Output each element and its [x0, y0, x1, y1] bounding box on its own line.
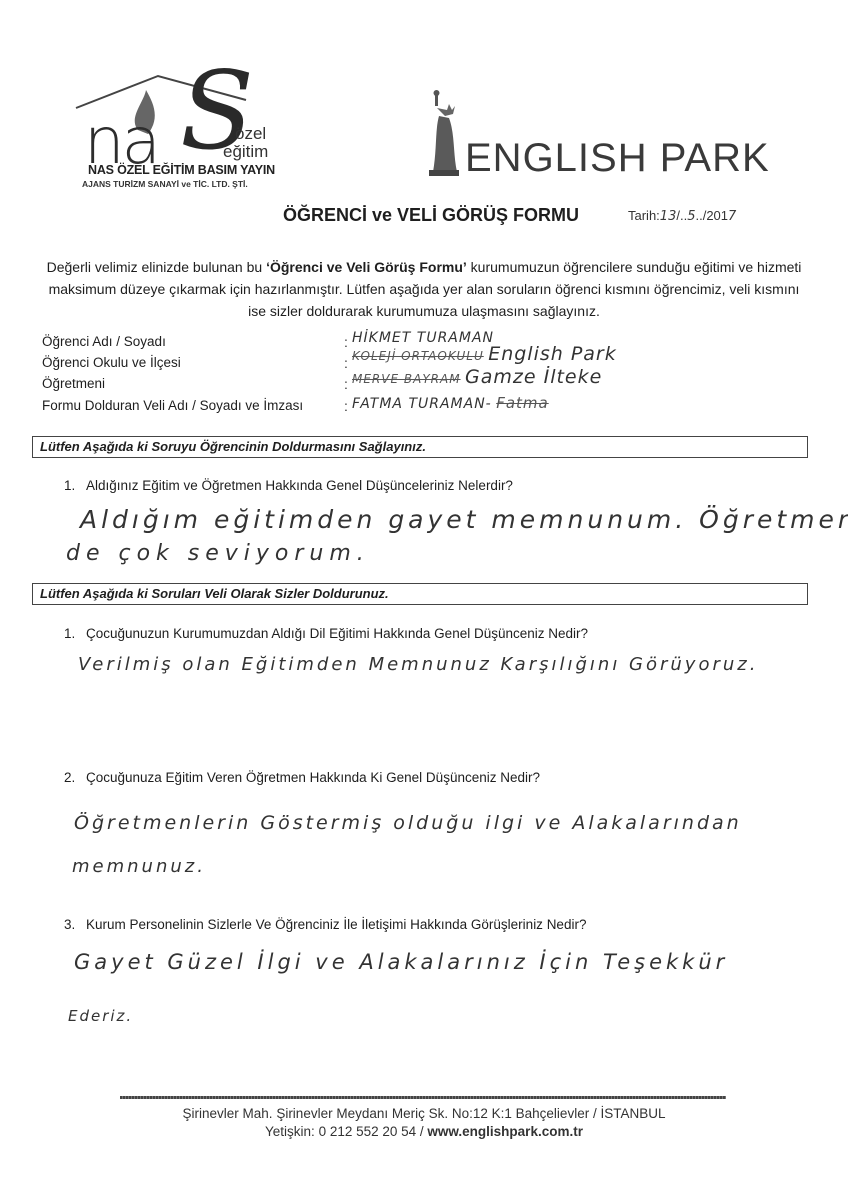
field-label-parent: Formu Dolduran Veli Adı / Soyadı ve İmza…	[42, 398, 303, 413]
student-answer-1-line-2[interactable]: de çok seviyorum.	[66, 541, 370, 566]
english-park-wordmark: ENGLISH PARK	[465, 136, 770, 181]
field-colon: :	[344, 355, 348, 371]
question-number: 2.	[64, 770, 86, 785]
student-answer-1-line-1[interactable]: Aldığım eğitimden gayet memnunum. Öğretm…	[80, 505, 848, 534]
nas-egitim: eğitim	[223, 142, 268, 162]
date-field: Tarih:13/..5../2017	[628, 208, 736, 224]
question-text: Çocuğunuza Eğitim Veren Öğretmen Hakkınd…	[86, 770, 540, 785]
parent-answer-2-line-1[interactable]: Öğretmenlerin Göstermiş olduğu ilgi ve A…	[74, 812, 742, 834]
field-colon: :	[344, 334, 348, 350]
field-colon: :	[344, 398, 348, 414]
parent-field[interactable]: FATMA TURAMAN- Fatma	[352, 394, 549, 413]
question-number: 1.	[64, 478, 86, 493]
parent-answer-1[interactable]: Verilmiş olan Eğitimden Memnunuz Karşılı…	[78, 654, 758, 675]
nas-company-subtitle: AJANS TURİZM SANAYİ ve TİC. LTD. ŞTİ.	[82, 179, 248, 189]
student-question-1: 1.Aldığınız Eğitim ve Öğretmen Hakkında …	[64, 478, 513, 493]
parent-signature: Fatma	[496, 394, 549, 412]
intro-form-name: ‘Öğrenci ve Veli Görüş Formu’	[266, 259, 467, 275]
footer-website-link[interactable]: www.englishpark.com.tr	[427, 1124, 583, 1139]
footer-address: Şirinevler Mah. Şirinevler Meydanı Meriç…	[0, 1106, 848, 1121]
school-field[interactable]: KOLEJİ ORTAOKULU English Park	[352, 343, 617, 365]
intro-text-1: Değerli velimiz elinizde bulunan bu	[47, 259, 266, 275]
question-text: Çocuğunuzun Kurumumuzdan Aldığı Dil Eğit…	[86, 626, 588, 641]
student-section-heading: Lütfen Aşağıda ki Soruyu Öğrencinin Dold…	[32, 436, 808, 458]
footer-divider	[120, 1096, 726, 1099]
field-label-teacher: Öğretmeni	[42, 376, 105, 391]
footer-phone: Yetişkin: 0 212 552 20 54 /	[265, 1124, 427, 1139]
school-value: English Park	[488, 343, 617, 365]
teacher-struck-value: MERVE BAYRAM	[352, 372, 461, 386]
field-label-school: Öğrenci Okulu ve İlçesi	[42, 355, 181, 370]
footer-contact: Yetişkin: 0 212 552 20 54 / www.englishp…	[0, 1124, 848, 1139]
school-struck-value: KOLEJİ ORTAOKULU	[352, 349, 484, 363]
teacher-value: Gamze İlteke	[465, 366, 602, 388]
date-year-prefix: /201	[703, 208, 728, 223]
student-section-heading-text: Lütfen Aşağıda ki Soruyu Öğrencinin Dold…	[40, 439, 426, 454]
date-sep: /..	[676, 208, 687, 223]
parent-question-2: 2.Çocuğunuza Eğitim Veren Öğretmen Hakkı…	[64, 770, 540, 785]
parent-value: FATMA TURAMAN-	[352, 396, 492, 412]
form-title: ÖĞRENCİ ve VELİ GÖRÜŞ FORMU	[283, 205, 579, 226]
english-park-logo: ENGLISH PARK	[425, 90, 765, 180]
field-label-student-name: Öğrenci Adı / Soyadı	[42, 334, 166, 349]
date-label: Tarih:	[628, 208, 660, 223]
nas-logo: na S özel eğitim NAS ÖZEL EĞİTİM BASIM Y…	[68, 38, 308, 188]
field-colon: :	[344, 376, 348, 392]
date-day: 13	[660, 209, 677, 224]
nas-ozel: özel	[235, 124, 266, 144]
teacher-field[interactable]: MERVE BAYRAM Gamze İlteke	[352, 366, 602, 388]
parent-section-heading: Lütfen Aşağıda ki Soruları Veli Olarak S…	[32, 583, 808, 605]
question-number: 1.	[64, 626, 86, 641]
nas-company-name: NAS ÖZEL EĞİTİM BASIM YAYIN	[88, 163, 275, 177]
date-year-digit: 7	[728, 209, 736, 224]
question-number: 3.	[64, 917, 86, 932]
statue-of-liberty-icon	[425, 90, 463, 178]
parent-question-1: 1.Çocuğunuzun Kurumumuzdan Aldığı Dil Eğ…	[64, 626, 588, 641]
date-sep: ..	[695, 208, 702, 223]
parent-section-heading-text: Lütfen Aşağıda ki Soruları Veli Olarak S…	[40, 586, 389, 601]
parent-question-3: 3.Kurum Personelinin Sizlerle Ve Öğrenci…	[64, 917, 586, 932]
parent-answer-3-line-1[interactable]: Gayet Güzel İlgi ve Alakalarınız İçin Te…	[74, 950, 728, 974]
question-text: Kurum Personelinin Sizlerle Ve Öğrencini…	[86, 917, 586, 932]
intro-paragraph: Değerli velimiz elinizde bulunan bu ‘Öğr…	[40, 256, 808, 322]
parent-answer-3-line-2[interactable]: Ederiz.	[68, 1007, 133, 1025]
question-text: Aldığınız Eğitim ve Öğretmen Hakkında Ge…	[86, 478, 513, 493]
parent-answer-2-line-2[interactable]: memnunuz.	[72, 856, 206, 877]
